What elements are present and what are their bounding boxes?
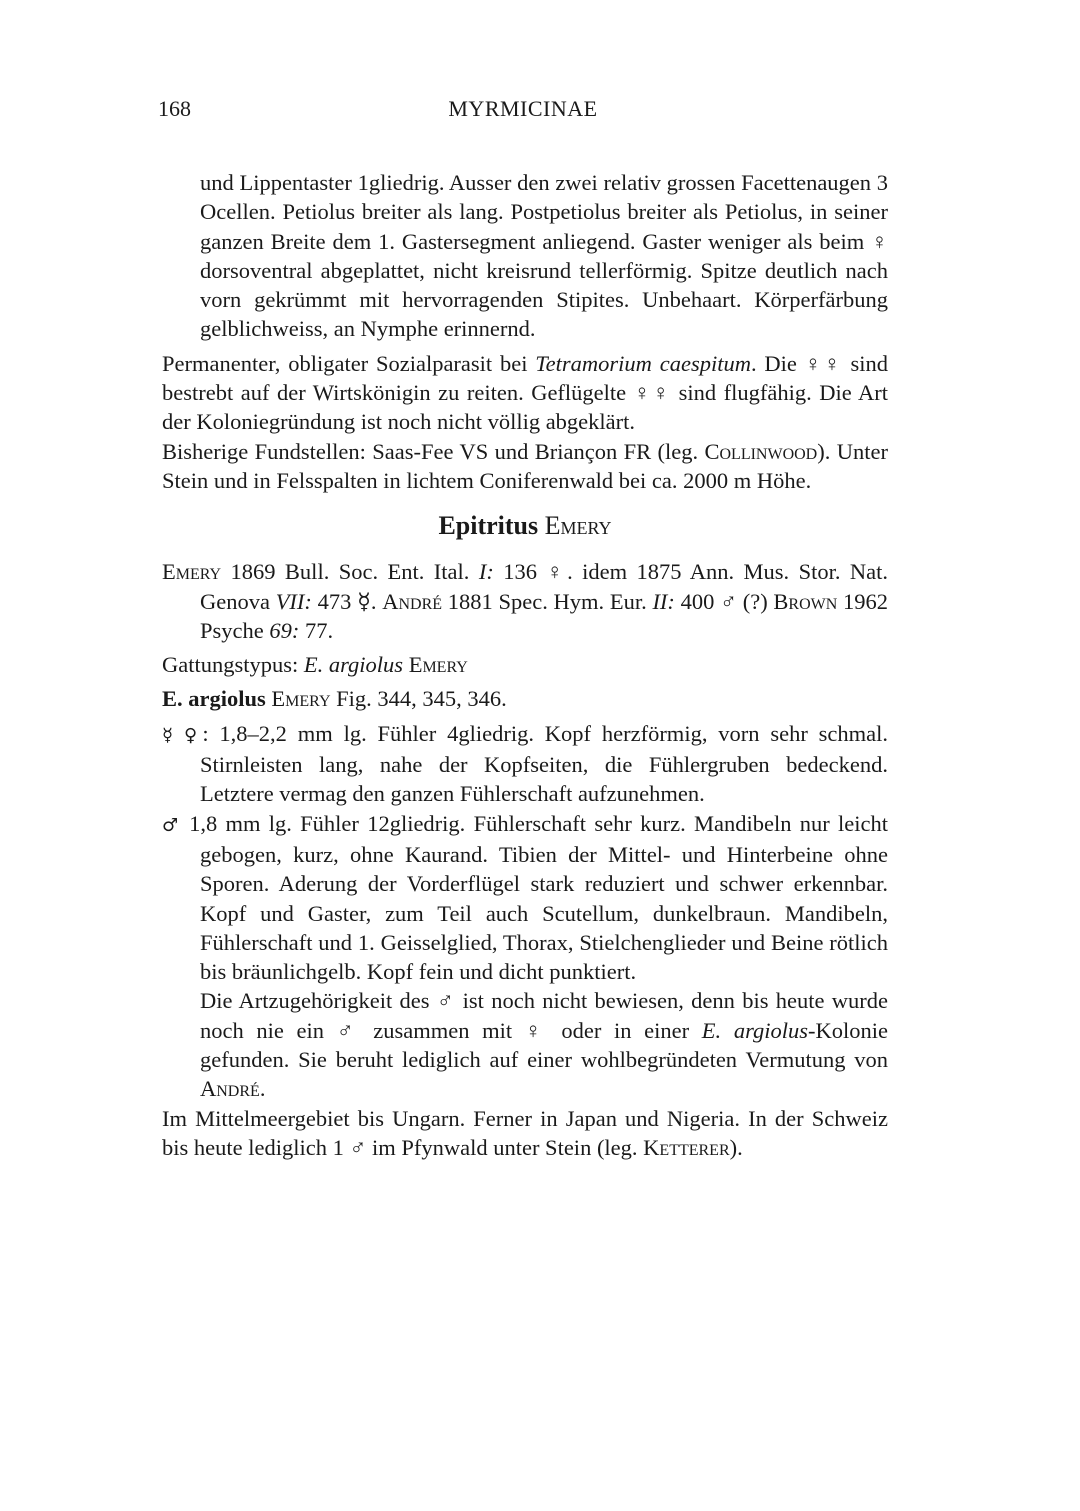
host-species: Tetramorium caespitum [535, 351, 751, 376]
collector-name: Collinwood [704, 439, 817, 464]
male-description: ♂ 1,8 mm lg. Fühler 12gliedrig. Fühlersc… [162, 809, 888, 987]
genus-name: Epitritus [438, 511, 538, 540]
species-heading: E. argiolus Emery Fig. 344, 345, 346. [162, 684, 888, 713]
distribution-paragraph: Im Mittelmeergebiet bis Ungarn. Ferner i… [162, 1104, 888, 1163]
localities-paragraph: Bisherige Fundstellen: Saas-Fee VS und B… [162, 437, 888, 496]
references-paragraph: Emery 1869 Bull. Soc. Ent. Ital. I: 136 … [162, 557, 888, 645]
male-symbol-icon: ♂ [162, 815, 181, 836]
page-body: und Lippentaster 1gliedrig. Ausser den z… [162, 168, 888, 1162]
genus-author: Emery [545, 511, 612, 540]
page-header: 168 MYRMICINAE [158, 96, 888, 126]
worker-queen-description: ☿ ♀: 1,8–2,2 mm lg. Fühler 4gliedrig. Ko… [162, 719, 888, 809]
genus-heading: Epitritus Emery [162, 509, 888, 543]
type-species-line: Gattungstypus: E. argiolus Emery [162, 650, 888, 679]
continuation-paragraph: und Lippentaster 1gliedrig. Ausser den z… [162, 168, 888, 344]
male-note: Die Artzugehörigkeit des ♂ ist noch nich… [162, 986, 888, 1103]
running-head: MYRMICINAE [158, 96, 888, 122]
biology-paragraph: Permanenter, obligater Sozialparasit bei… [162, 349, 888, 437]
worker-queen-symbols-icon: ☿ ♀ [162, 725, 202, 746]
species-name: E. argiolus [162, 686, 266, 711]
